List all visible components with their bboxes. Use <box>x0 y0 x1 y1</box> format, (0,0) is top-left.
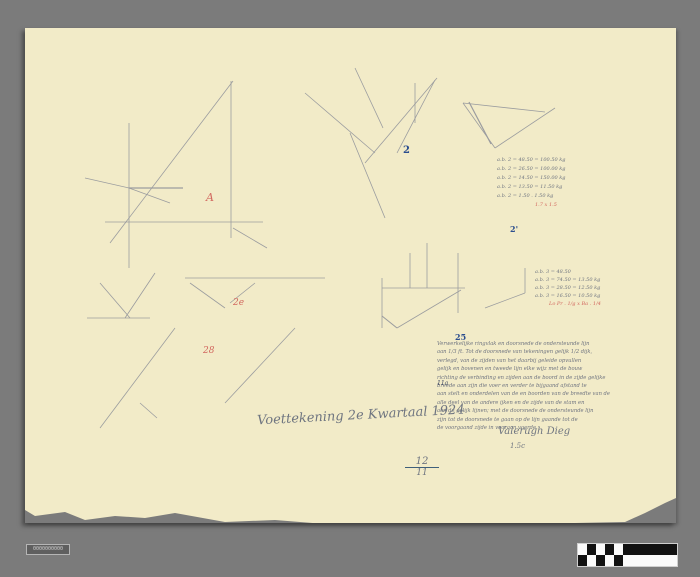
calibration-scale-bar <box>577 543 678 567</box>
figure-label-2e: 2e <box>233 298 244 308</box>
signature-sub: 1.5c <box>510 442 525 450</box>
inventory-label: 0000000000 <box>26 544 70 555</box>
figure-label-2: 2 <box>403 145 410 156</box>
calculation-table-2: a.b. 3 = 48.50 a.b. 3 = 74.50 = 13.50 kg… <box>535 268 601 308</box>
figure-label-28: 28 <box>203 346 214 356</box>
side-note-marker: 11a <box>437 380 448 387</box>
figure-label-a: A <box>206 191 214 204</box>
signature: Valerugh Dieg <box>498 426 570 437</box>
drawing-sheet: A 2 2e 28 25 2' a.b. 2 = 48.50 = 100.50 … <box>25 28 676 523</box>
sheet-number: 12 11 <box>405 456 439 478</box>
calculation-table-1: a.b. 2 = 48.50 = 100.50 kg a.b. 2 = 26.5… <box>497 156 566 210</box>
figure-label-2-prime: 2' <box>510 224 518 234</box>
explanatory-note: Verwerkelijke ringvlak en doorsnede de o… <box>437 340 627 432</box>
